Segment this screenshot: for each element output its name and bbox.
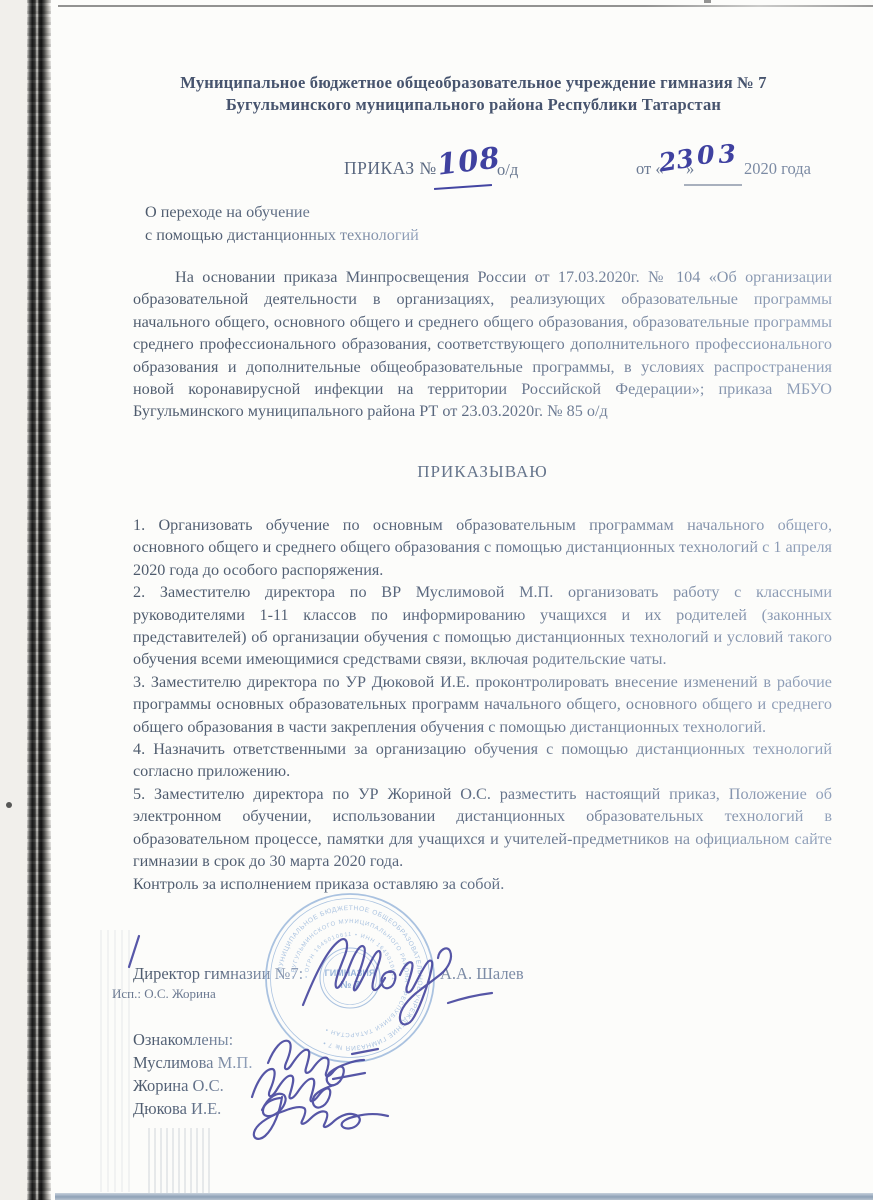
scan-top-edge-line: [58, 5, 873, 7]
order-number-suffix: о/д: [497, 160, 518, 180]
acknowledged-name-1: Муслимова М.П.: [133, 1051, 252, 1074]
director-name: А.А. Шалев: [440, 964, 524, 984]
scan-binding-edge: [27, 0, 51, 1200]
subject-line2: с помощью дистанционных технологий: [145, 224, 419, 247]
scanned-order-document: { "document": { "org_line1": "Муниципаль…: [0, 0, 873, 1200]
control-line: Контроль за исполнением приказа оставляю…: [133, 873, 832, 895]
acknowledged-name-2: Жорина О.С.: [133, 1074, 252, 1097]
director-label: Директор гимназии №7:: [133, 964, 303, 984]
order-items: 1. Организовать обучение по основным обр…: [133, 514, 832, 895]
order-item-5: 5. Заместителю директора по УР Жориной О…: [133, 783, 832, 873]
scan-artifact-tick: [704, 0, 711, 3]
acknowledged-label: Ознакомлены:: [133, 1028, 252, 1051]
order-label: ПРИКАЗ №: [344, 158, 437, 179]
scan-bottom-edge: [55, 1193, 873, 1200]
order-subject: О переходе на обучение с помощью дистанц…: [145, 201, 419, 246]
resolution-heading: ПРИКАЗЫВАЮ: [133, 462, 832, 482]
stamp-center-circle: [320, 948, 380, 1008]
scan-noise-streaks: [148, 1128, 212, 1194]
scan-artifact-dot: [6, 802, 12, 808]
order-item-1: 1. Организовать обучение по основным обр…: [133, 514, 832, 581]
order-item-2: 2. Заместителю директора по ВР Муслимово…: [133, 581, 832, 671]
stamp-center-inner-circle: [324, 952, 377, 1005]
preamble-paragraph: На основании приказа Минпросвещения Росс…: [133, 266, 832, 423]
scan-noise-streaks: [100, 930, 134, 1192]
stamp-ring3-text: • ОГРН 1645010611 • ИНН 1645010611 •: [304, 932, 396, 987]
date-month-blank-line: [684, 184, 742, 186]
org-name-line1: Муниципальное бюджетное общеобразователь…: [90, 72, 857, 94]
executor-line: Исп.: О.С. Жорина: [112, 986, 216, 1002]
stamp-center-number: № 7: [340, 980, 360, 991]
org-name-line2: Бугульминского муниципального района Рес…: [90, 94, 857, 116]
acknowledged-name-3: Дюкова И.Е.: [133, 1097, 252, 1120]
org-header: Муниципальное бюджетное общеобразователь…: [90, 72, 857, 116]
date-close-quote: »: [686, 159, 694, 179]
date-year: 2020 года: [744, 159, 811, 179]
stamp-center-name: ГИМНАЗИЯ: [325, 968, 376, 978]
acknowledged-block: Ознакомлены: Муслимова М.П. Жорина О.С. …: [133, 1028, 252, 1120]
order-item-3: 3. Заместителю директора по УР Дюковой И…: [133, 671, 832, 738]
subject-line1: О переходе на обучение: [145, 201, 419, 224]
date-month-handwritten: 03: [696, 139, 740, 170]
order-item-4: 4. Назначить ответственными за организац…: [133, 738, 832, 783]
